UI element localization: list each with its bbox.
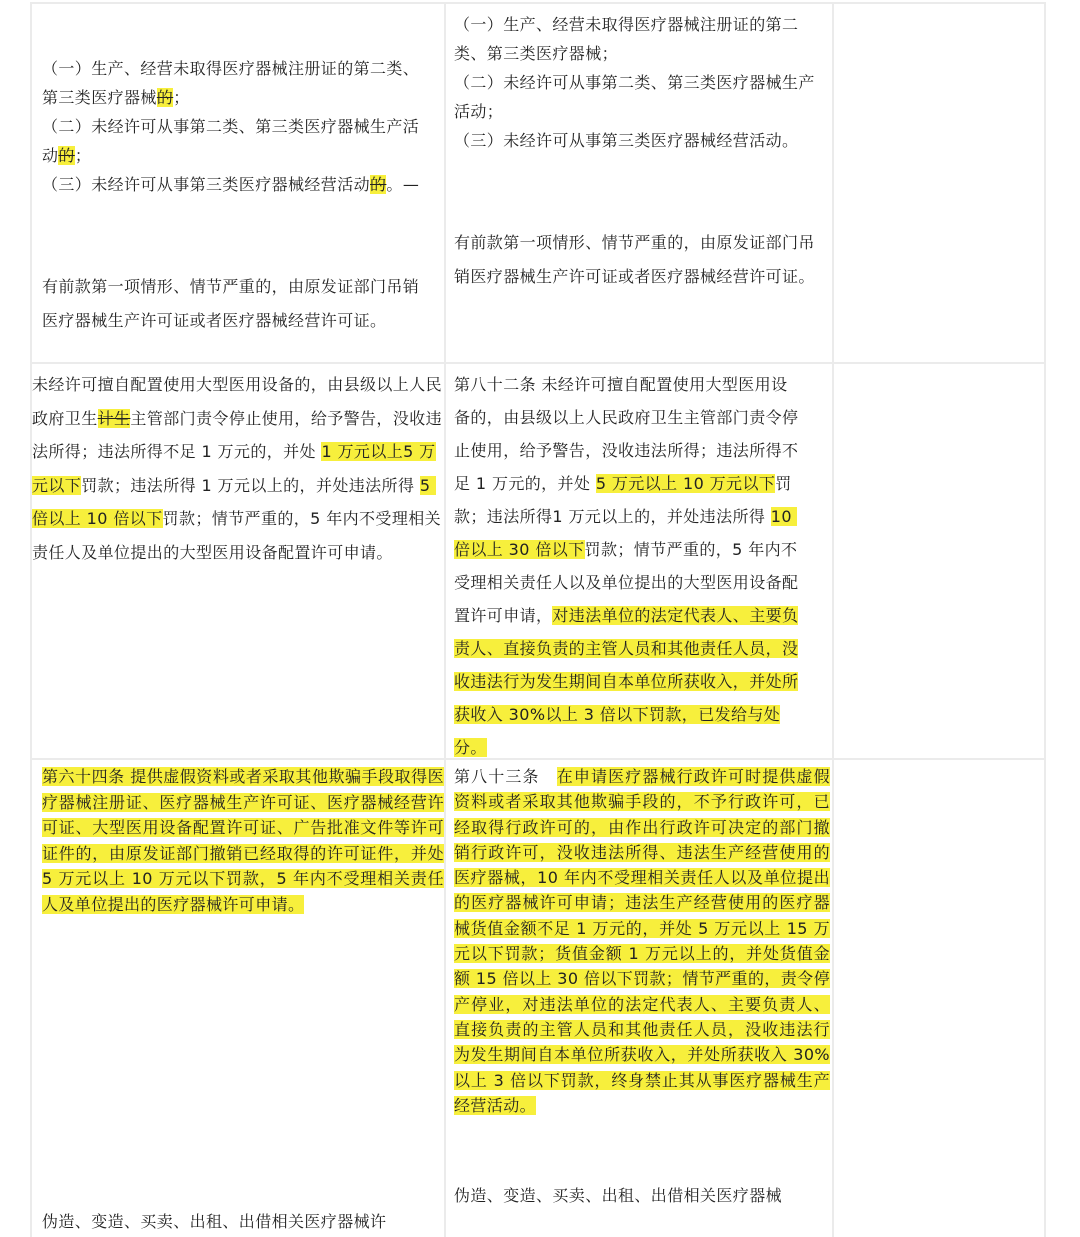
list-item: （三）未经许可从事第三类医疗器械经营活动。 xyxy=(454,126,826,155)
paragraph: 有前款第一项情形、情节严重的，由原发证部门吊销医疗器械生产许可证或者医疗器械经营… xyxy=(42,270,434,338)
old-text-cell: 第六十四条 提供虚假资料或者采取其他欺骗手段取得医疗器械注册证、医疗器械生产许可… xyxy=(31,759,445,1237)
list-item: （一）生产、经营未取得医疗器械注册证的第二类、第三类医疗器械； xyxy=(454,10,826,68)
new-text-cell: 第八十二条 未经许可擅自配置使用大型医用设备的，由县级以上人民政府卫生主管部门责… xyxy=(445,363,833,759)
paragraph: 伪造、变造、买卖、出租、出借相关医疗器械 xyxy=(454,1184,830,1208)
paragraph: 未经许可擅自配置使用大型医用设备的，由县级以上人民政府卫生计生主管部门责令停止使… xyxy=(32,368,444,569)
note-cell xyxy=(833,3,1045,363)
table-row: 未经许可擅自配置使用大型医用设备的，由县级以上人民政府卫生计生主管部门责令停止使… xyxy=(31,363,1045,759)
note-cell xyxy=(833,363,1045,759)
list-item: （二）未经许可从事第二类、第三类医疗器械生产活动； xyxy=(454,68,826,126)
paragraph: 第八十二条 未经许可擅自配置使用大型医用设备的，由县级以上人民政府卫生主管部门责… xyxy=(454,368,799,764)
new-text-cell: 第八十三条 在申请医疗器械行政许可时提供虚假资料或者采取其他欺骗手段的，不予行政… xyxy=(445,759,833,1237)
list-item: （一）生产、经营未取得医疗器械注册证的第二类、第三类医疗器械的； xyxy=(42,54,434,112)
new-text-cell: （一）生产、经营未取得医疗器械注册证的第二类、第三类医疗器械； （二）未经许可从… xyxy=(445,3,833,363)
table-row: （一）生产、经营未取得医疗器械注册证的第二类、第三类医疗器械的； （二）未经许可… xyxy=(31,3,1045,363)
regulation-comparison-table: （一）生产、经营未取得医疗器械注册证的第二类、第三类医疗器械的； （二）未经许可… xyxy=(30,2,1046,1237)
old-text-cell: 未经许可擅自配置使用大型医用设备的，由县级以上人民政府卫生计生主管部门责令停止使… xyxy=(31,363,445,759)
table-row: 第六十四条 提供虚假资料或者采取其他欺骗手段取得医疗器械注册证、医疗器械生产许可… xyxy=(31,759,1045,1237)
paragraph: 第六十四条 提供虚假资料或者采取其他欺骗手段取得医疗器械注册证、医疗器械生产许可… xyxy=(42,764,444,917)
old-text-cell: （一）生产、经营未取得医疗器械注册证的第二类、第三类医疗器械的； （二）未经许可… xyxy=(31,3,445,363)
list-item: （三）未经许可从事第三类医疗器械经营活动的。— xyxy=(42,170,434,199)
paragraph: 有前款第一项情形、情节严重的，由原发证部门吊销医疗器械生产许可证或者医疗器械经营… xyxy=(454,226,826,294)
paragraph: 伪造、变造、买卖、出租、出借相关医疗器械许 xyxy=(42,1210,444,1234)
paragraph: 第八十三条 在申请医疗器械行政许可时提供虚假资料或者采取其他欺骗手段的，不予行政… xyxy=(454,764,830,1118)
list-item: （二）未经许可从事第二类、第三类医疗器械生产活动的； xyxy=(42,112,434,170)
note-cell xyxy=(833,759,1045,1237)
